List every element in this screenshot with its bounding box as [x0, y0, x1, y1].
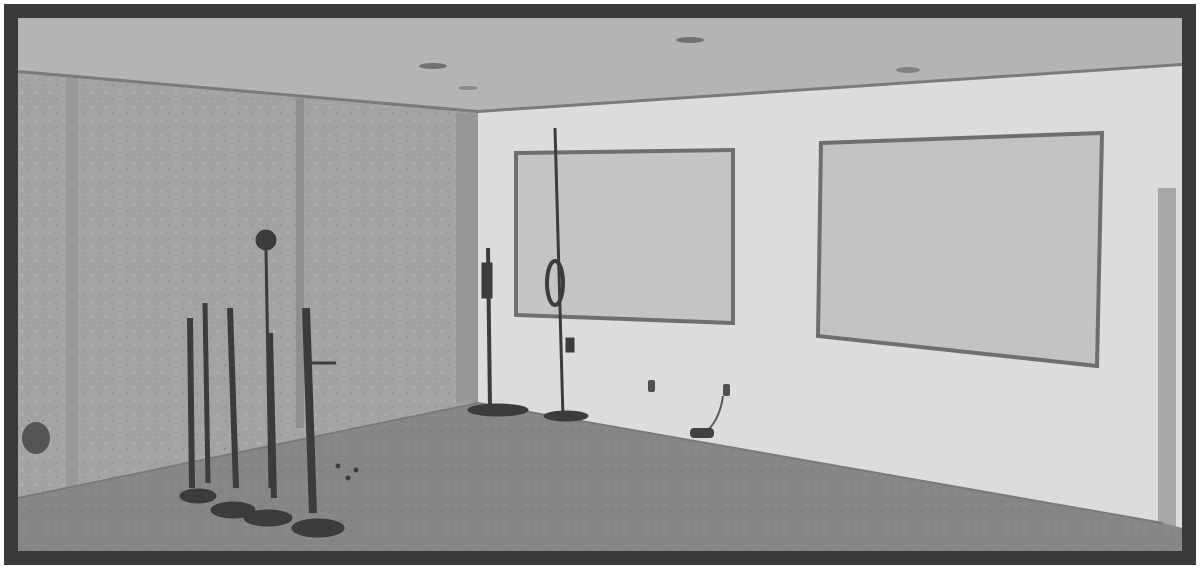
wall-panel-right	[818, 133, 1102, 366]
photo: Grayscale photograph of an empty room wi…	[4, 4, 1196, 565]
room-scene	[18, 18, 1182, 551]
